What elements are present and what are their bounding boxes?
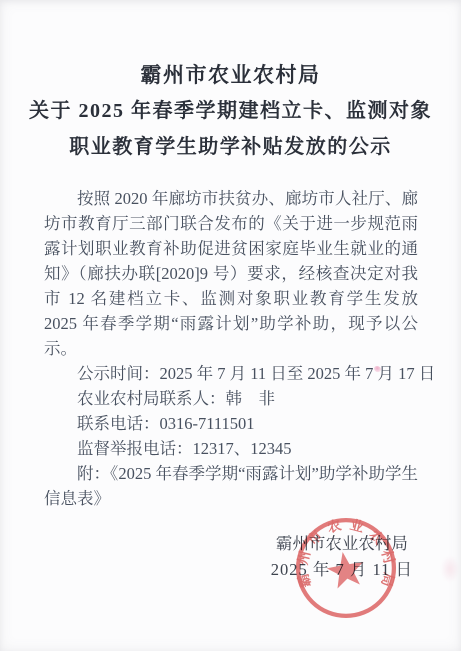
info-line-report-phone: 监督举报电话：12317、12345 (44, 436, 418, 461)
official-seal: 霸州市农业农村局 (293, 515, 399, 621)
body-paragraph: 按照 2020 年廊坊市扶贫办、廊坊市人社厅、廊坊市教育厅三部门联合发布的《关于… (44, 186, 418, 361)
title-line-3: 职业教育学生助学补贴发放的公示 (0, 129, 461, 165)
title-line-1: 霸州市农业农村局 (0, 57, 461, 93)
info-line-contact-phone: 联系电话：0316-7111501 (44, 411, 418, 436)
info-line-contact-person: 农业农村局联系人：韩 非 (44, 386, 418, 411)
announcement-page: 霸州市农业农村局 关于 2025 年春季学期建档立卡、监测对象 职业教育学生助学… (0, 0, 461, 651)
title-line-2: 关于 2025 年春季学期建档立卡、监测对象 (0, 93, 461, 129)
document-body: 按照 2020 年廊坊市扶贫办、廊坊市人社厅、廊坊市教育厅三部门联合发布的《关于… (44, 186, 418, 511)
scan-artifact-smudge (441, 556, 459, 582)
star-icon (324, 549, 366, 590)
official-seal-graphic: 霸州市农业农村局 (293, 515, 399, 621)
document-title: 霸州市农业农村局 关于 2025 年春季学期建档立卡、监测对象 职业教育学生助学… (0, 57, 461, 165)
attachment-line: 附：《2025 年春季学期“雨露计划”助学补助学生信息表》 (44, 461, 418, 511)
info-line-publicity-period: 公示时间：2025 年 7 月 11 日至 2025 年 7 月 17 日 (44, 361, 418, 386)
